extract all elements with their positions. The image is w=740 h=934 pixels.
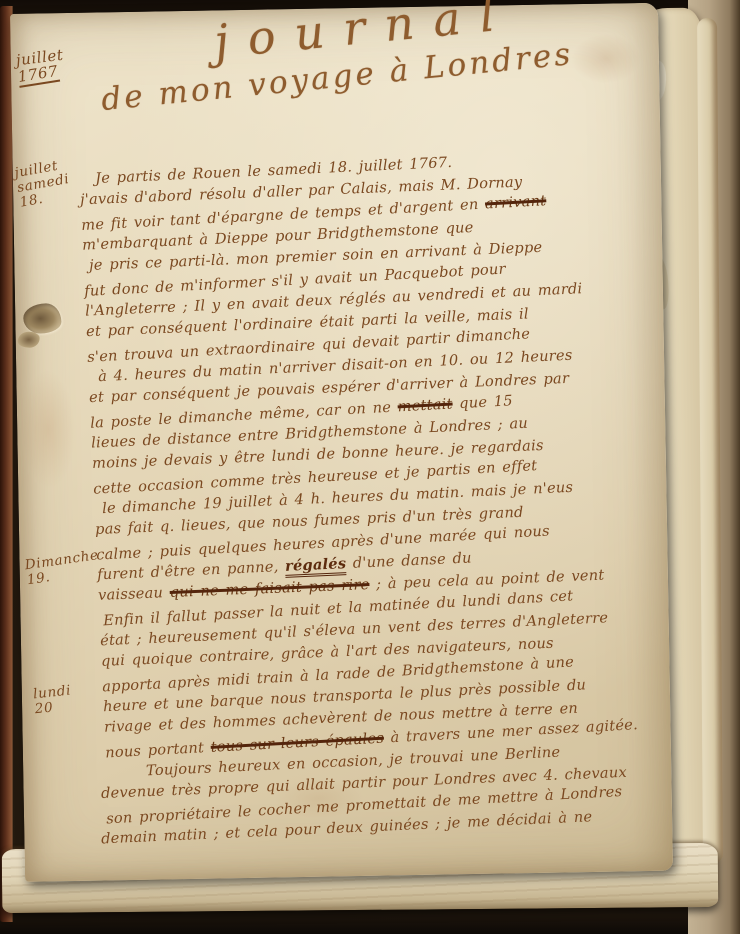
margin-note-text: 19. xyxy=(26,569,51,588)
year-label: 1767 xyxy=(17,63,60,88)
line-text: nous portant xyxy=(105,739,211,762)
margin-note-text: 20 xyxy=(34,699,54,717)
manuscript-page: juillet 1767 juillet samedi 18. Dimanche… xyxy=(10,3,673,882)
date-note: juillet 1767 xyxy=(15,47,67,88)
line-text: d'une danse du xyxy=(346,549,472,572)
margin-note-sunday: Dimanche 19. xyxy=(24,548,102,588)
margin-note-saturday: juillet samedi 18. xyxy=(13,157,73,210)
struck-text: arrivant xyxy=(485,192,547,212)
struck-text: mettait xyxy=(397,395,453,415)
line-text: que 15 xyxy=(452,392,513,412)
worm-hole xyxy=(23,303,62,334)
book-spine-edge xyxy=(0,6,13,922)
margin-note-text: 18. xyxy=(19,191,45,211)
margin-note-text: Dimanche xyxy=(24,547,100,573)
paper-stain xyxy=(20,369,76,490)
line-text: vaisseau xyxy=(98,584,170,604)
journal-title: journal de mon voyage à Londres xyxy=(94,0,640,118)
worm-hole xyxy=(18,332,40,348)
margin-note-monday: lundi 20 xyxy=(33,683,74,717)
manuscript-body: Je partis de Rouen le samedi 18. juillet… xyxy=(79,143,675,850)
